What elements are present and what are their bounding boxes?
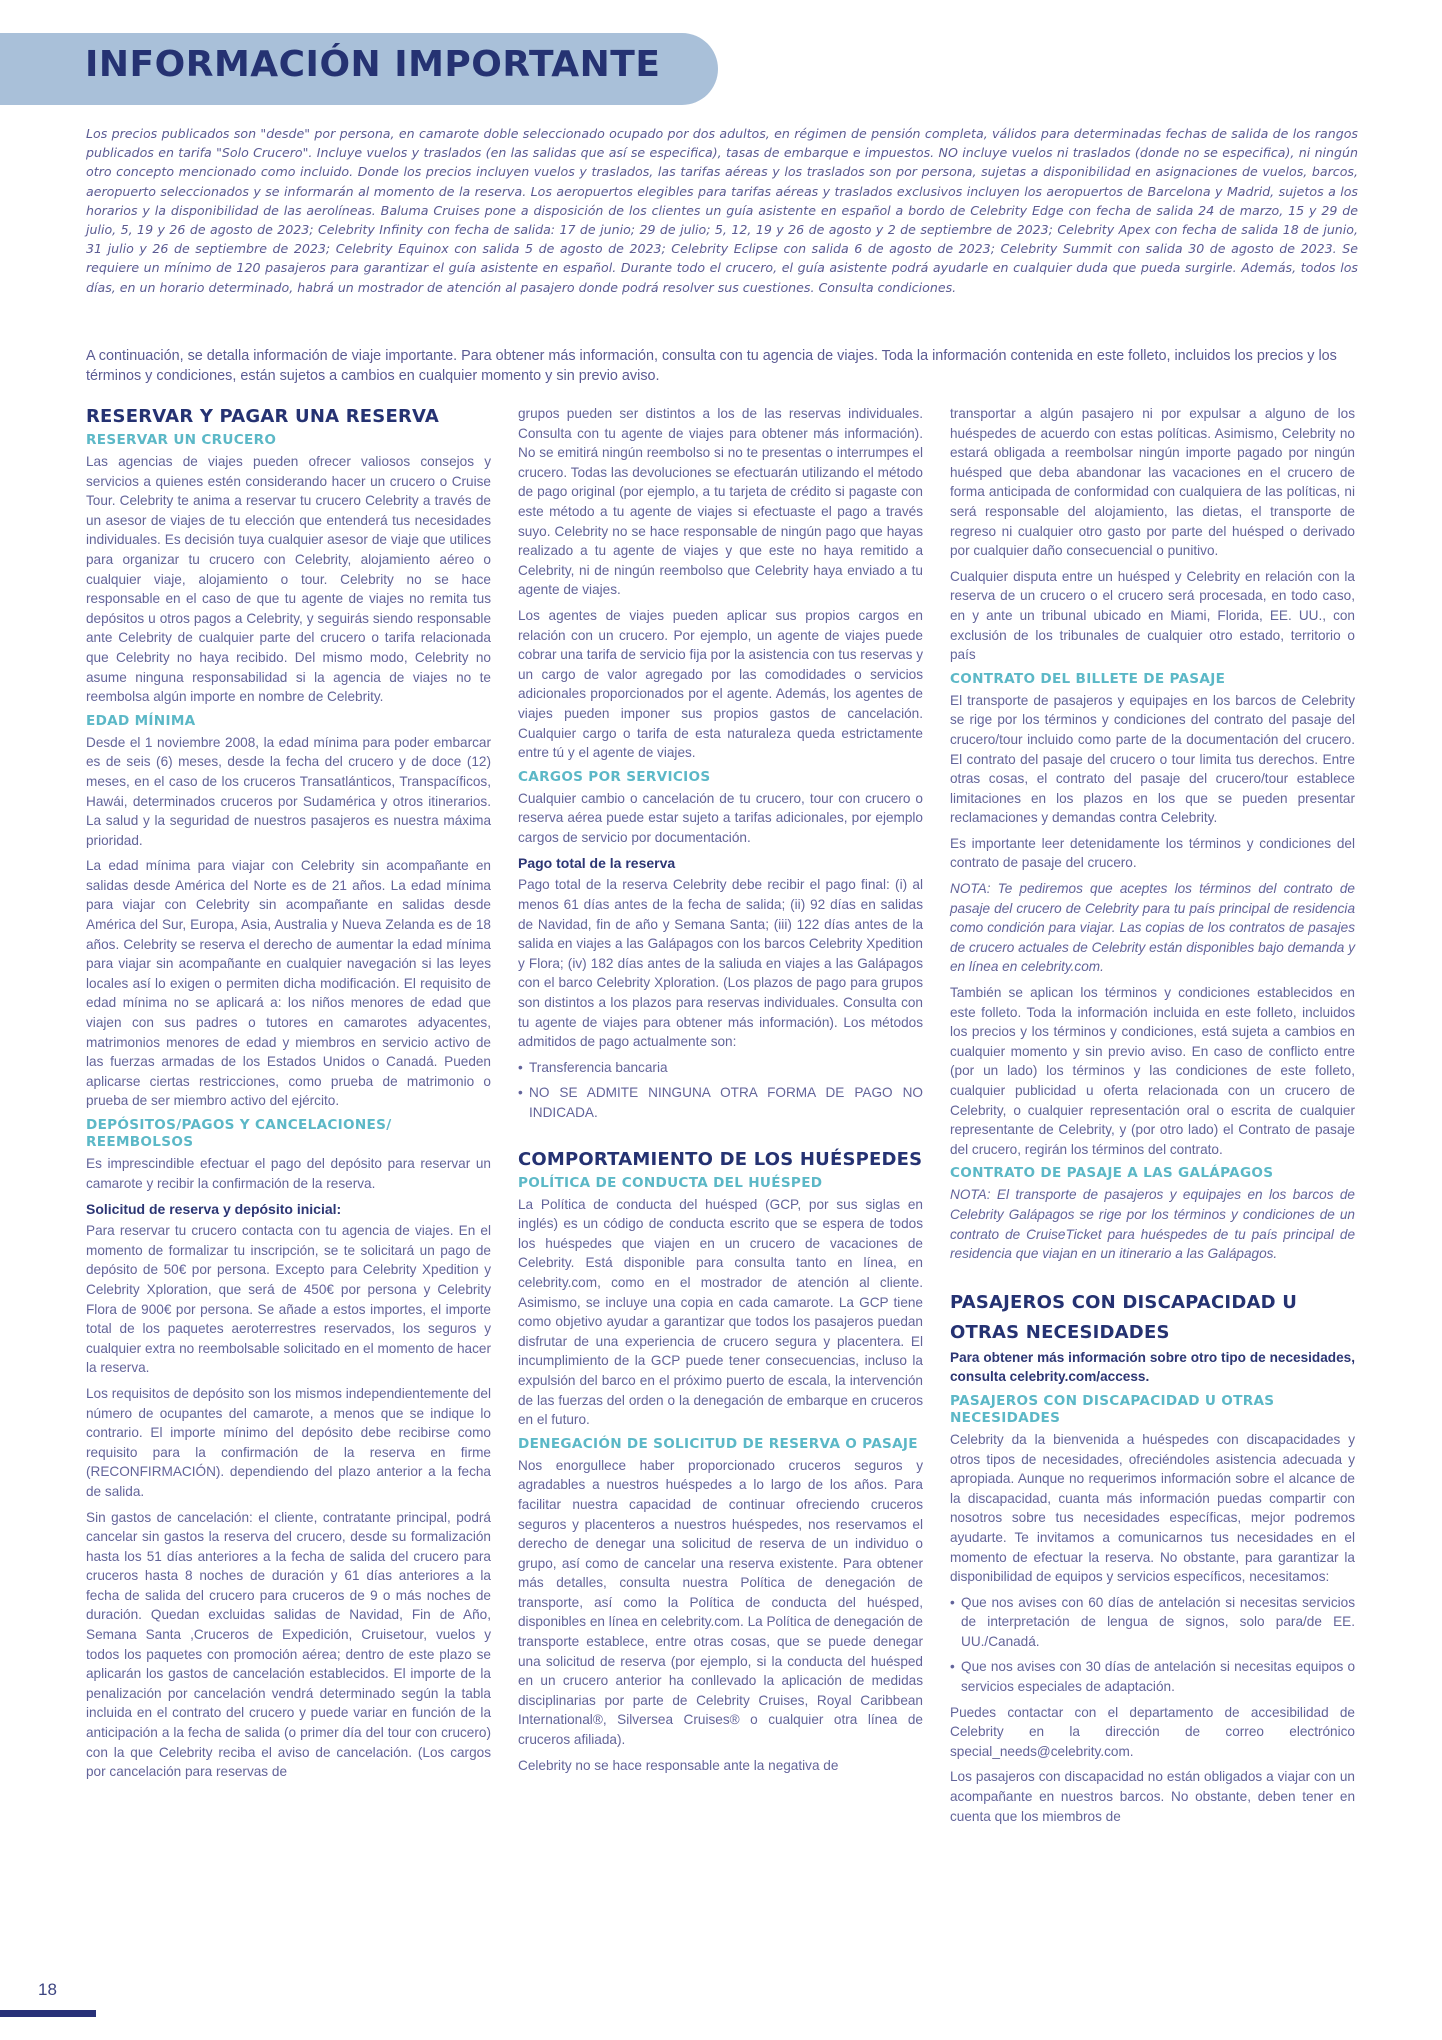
- subheading-politica: POLÍTICA DE CONDUCTA DEL HUÉSPED: [518, 1175, 923, 1192]
- paragraph: La edad mínima para viajar con Celebrity…: [86, 856, 491, 1111]
- paragraph: Las agencias de viajes pueden ofrecer va…: [86, 452, 491, 707]
- note-paragraph: NOTA: El transporte de pasajeros y equip…: [950, 1185, 1355, 1263]
- column-1: RESERVAR Y PAGAR UNA RESERVA RESERVAR UN…: [86, 404, 491, 1788]
- section-heading-comportamiento: COMPORTAMIENTO DE LOS HUÉSPEDES: [518, 1147, 923, 1173]
- section-heading-reservar: RESERVAR Y PAGAR UNA RESERVA: [86, 404, 491, 430]
- paragraph: Es importante leer detenidamente los tér…: [950, 834, 1355, 873]
- subheading-denegacion: DENEGACIÓN DE SOLICITUD DE RESERVA O PAS…: [518, 1436, 923, 1453]
- bold-heading-pago-total: Pago total de la reserva: [518, 853, 923, 873]
- list-item: •Transferencia bancaria: [518, 1058, 923, 1078]
- paragraph: Pago total de la reserva Celebrity debe …: [518, 875, 923, 1051]
- paragraph: Sin gastos de cancelación: el cliente, c…: [86, 1508, 491, 1782]
- intro-disclaimer: Los precios publicados son "desde" por p…: [86, 124, 1358, 297]
- bullet-icon: •: [950, 1593, 961, 1613]
- paragraph: Desde el 1 noviembre 2008, la edad mínim…: [86, 733, 491, 851]
- subheading-pasajeros: PASAJEROS CON DISCAPACIDAD U OTRAS NECES…: [950, 1393, 1355, 1427]
- subheading-depositos: DEPÓSITOS/PAGOS Y CANCELACIONES/ REEMBOL…: [86, 1117, 491, 1151]
- list-item: •Que nos avises con 60 días de antelació…: [950, 1593, 1355, 1652]
- info-link-paragraph: Para obtener más información sobre otro …: [950, 1348, 1355, 1387]
- list-item: •Que nos avises con 30 días de antelació…: [950, 1657, 1355, 1696]
- footer-bar: [0, 2010, 96, 2017]
- paragraph: Nos enorgullece haber proporcionado cruc…: [518, 1456, 923, 1750]
- paragraph: Es imprescindible efectuar el pago del d…: [86, 1154, 491, 1193]
- page-title: INFORMACIÓN IMPORTANTE: [85, 44, 660, 85]
- section-heading-pasajeros-2: OTRAS NECESIDADES: [950, 1318, 1355, 1348]
- paragraph: Celebrity da la bienvenida a huéspedes c…: [950, 1430, 1355, 1587]
- subheading-edad-minima: EDAD MÍNIMA: [86, 713, 491, 730]
- column-3: transportar a algún pasajero ni por expu…: [950, 404, 1355, 1832]
- bullet-icon: •: [950, 1657, 961, 1677]
- section-heading-pasajeros-1: PASAJEROS CON DISCAPACIDAD U: [950, 1288, 1355, 1318]
- bold-heading-solicitud: Solicitud de reserva y depósito inicial:: [86, 1199, 491, 1219]
- paragraph: Para reservar tu crucero contacta con tu…: [86, 1221, 491, 1378]
- subheading-cargos: CARGOS POR SERVICIOS: [518, 769, 923, 786]
- paragraph: El transporte de pasajeros y equipajes e…: [950, 691, 1355, 828]
- paragraph: Los agentes de viajes pueden aplicar sus…: [518, 606, 923, 763]
- list-item: •NO SE ADMITE NINGUNA OTRA FORMA DE PAGO…: [518, 1083, 923, 1122]
- paragraph: grupos pueden ser distintos a los de las…: [518, 404, 923, 600]
- subheading-galapagos: CONTRATO DE PASAJE A LAS GALÁPAGOS: [950, 1165, 1355, 1182]
- paragraph: Cualquier disputa entre un huésped y Cel…: [950, 567, 1355, 665]
- subheading-reservar-crucero: RESERVAR UN CRUCERO: [86, 432, 491, 449]
- paragraph: La Política de conducta del huésped (GCP…: [518, 1195, 923, 1430]
- bullet-icon: •: [518, 1058, 529, 1078]
- paragraph: Cualquier cambio o cancelación de tu cru…: [518, 789, 923, 848]
- column-2: grupos pueden ser distintos a los de las…: [518, 404, 923, 1781]
- paragraph: Los pasajeros con discapacidad no están …: [950, 1767, 1355, 1826]
- paragraph: Celebrity no se hace responsable ante la…: [518, 1756, 923, 1776]
- page-number: 18: [38, 1980, 57, 2000]
- paragraph: También se aplican los términos y condic…: [950, 983, 1355, 1159]
- paragraph: Los requisitos de depósito son los mismo…: [86, 1384, 491, 1502]
- paragraph: transportar a algún pasajero ni por expu…: [950, 404, 1355, 561]
- note-paragraph: NOTA: Te pediremos que aceptes los térmi…: [950, 879, 1355, 977]
- lead-paragraph: A continuación, se detalla información d…: [86, 346, 1358, 386]
- paragraph: Puedes contactar con el departamento de …: [950, 1703, 1355, 1762]
- subheading-contrato-billete: CONTRATO DEL BILLETE DE PASAJE: [950, 671, 1355, 688]
- bullet-icon: •: [518, 1083, 529, 1103]
